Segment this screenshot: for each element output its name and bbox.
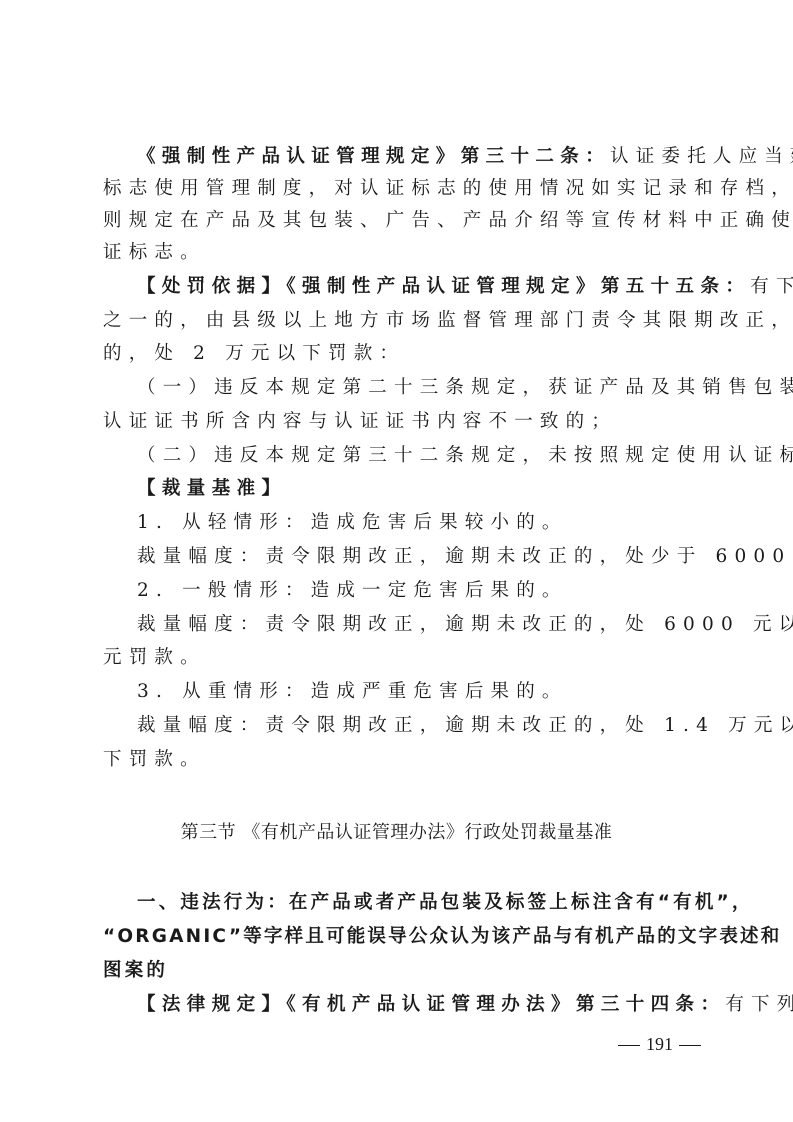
list-item: （二）违反本规定第三十二条规定，未按照规定使用认证标志的。 — [137, 444, 695, 468]
paragraph-line: 裁量幅度：责令限期改正，逾期未改正的，处 6000 元以上少于 1.4 万 — [137, 613, 695, 637]
paragraph-line: 《强制性产品认证管理规定》第三十二条：认证委托人应当建立认证 — [137, 145, 695, 169]
paragraph-line: 标志使用管理制度，对认证标志的使用情况如实记录和存档，按照认证规 — [103, 177, 695, 201]
paragraph-line: 裁量幅度：责令限期改正，逾期未改正的，处 1.4 万元以上 2 万元以 — [137, 714, 695, 738]
article-citation: 《强制性产品认证管理规定》第三十二条： — [137, 146, 610, 167]
violation-heading: 一、违法行为：在产品或者产品包装及标签上标注含有“有机”， — [137, 891, 695, 915]
dash-decoration — [618, 1045, 640, 1046]
paragraph-line: 裁量幅度：责令限期改正，逾期未改正的，处少于 6000 元罚款。 — [137, 545, 695, 569]
paragraph-line: 之一的，由县级以上地方市场监督管理部门责令其限期改正，逾期未改正 — [103, 309, 695, 333]
paragraph-line: 【处罚依据】《强制性产品认证管理规定》第五十五条：有下列情形 — [137, 275, 695, 299]
list-item: 3. 从重情形：造成严重危害后果的。 — [137, 680, 695, 704]
paragraph-line: 则规定在产品及其包装、广告、产品介绍等宣传材料中正确使用和标注认 — [103, 209, 695, 233]
legal-provision-label: 【法律规定】《有机产品认证管理办法》第三十四条： — [137, 994, 725, 1015]
list-item: 2. 一般情形：造成一定危害后果的。 — [137, 579, 695, 603]
paragraph-line: 的，处 2 万元以下罚款： — [103, 342, 695, 366]
section-heading: 第三节 《有机产品认证管理办法》行政处罚裁量基准 — [0, 821, 793, 845]
violation-heading: 图案的 — [103, 959, 695, 983]
paragraph-line: 【法律规定】《有机产品认证管理办法》第三十四条：有下列情形之 — [137, 993, 695, 1017]
paragraph-line: 元罚款。 — [103, 646, 695, 670]
violation-heading: “ORGANIC”等字样且可能误导公众认为该产品与有机产品的文字表述和 — [103, 925, 695, 949]
page-number: 191 — [612, 1032, 707, 1056]
discretion-standard-label: 【裁量基准】 — [137, 477, 695, 501]
paragraph-line: 认证证书所含内容与认证证书内容不一致的； — [103, 410, 695, 434]
dash-decoration — [679, 1045, 701, 1046]
penalty-basis-label: 【处罚依据】《强制性产品认证管理规定》第五十五条： — [137, 276, 750, 297]
paragraph-line: 证标志。 — [103, 241, 695, 265]
paragraph-line: 下罚款。 — [103, 748, 695, 772]
list-item: 1. 从轻情形：造成危害后果较小的。 — [137, 511, 695, 535]
list-item: （一）违反本规定第二十三条规定，获证产品及其销售包装上标注的 — [137, 376, 695, 400]
